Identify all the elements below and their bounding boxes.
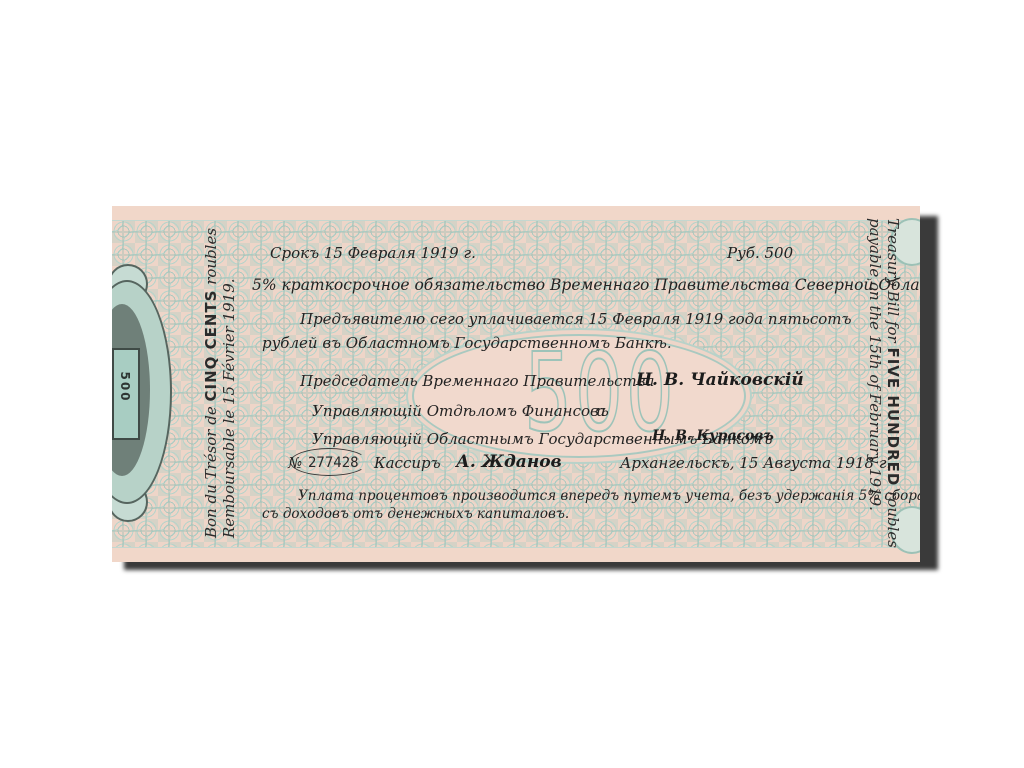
finance-label: Управляющій Отдѣломъ Финансовъ [312, 402, 609, 420]
bill-title: 5% краткосрочное обязательство Временнаг… [252, 276, 920, 294]
french-title-prefix: Bon du Trésor de [202, 402, 220, 538]
finance-and: и [596, 402, 606, 420]
bank-signature: Н. В. Курасовъ [652, 428, 774, 444]
french-amount: CINQ CENTS [202, 290, 220, 402]
left-stub: 500 [112, 220, 174, 548]
bottom-margin [112, 547, 920, 562]
amount-label: Руб. 500 [727, 244, 793, 262]
serial-prefix: № [288, 454, 302, 472]
french-title-suffix: roubles [202, 228, 220, 290]
denomination-plate-value: 500 [118, 344, 132, 430]
chairman-label: Председатель Временнаго Правительства [300, 372, 654, 390]
payable-line-2: рублей въ Областномъ Государственномъ Ба… [262, 334, 672, 352]
top-margin [112, 206, 920, 221]
due-date: Срокъ 15 Февраля 1919 г. [270, 244, 476, 262]
footer-line-2: съ доходовъ отъ денежныхъ капиталовъ. [262, 506, 569, 522]
place-date: Архангельскъ, 15 Августа 1918 г. [620, 454, 891, 472]
treasury-bill: 500 500 Bon du Trésor de CINQ CENTS roub… [112, 206, 920, 562]
cashier-label: Кассиръ [374, 454, 441, 472]
payable-line-1: Предъявителю сего уплачивается 15 Феврал… [300, 310, 852, 328]
footer-line-1: Уплата процентовъ производится впередъ п… [298, 488, 920, 504]
french-redemption: Remboursable le 15 Février 1919. [220, 278, 238, 538]
serial-number: 277428 [308, 455, 359, 471]
chairman-signature: Н. В. Чайковскій [636, 370, 804, 390]
french-title: Bon du Trésor de CINQ CENTS roubles [202, 228, 220, 538]
cashier-signature: А. Жданов [456, 452, 562, 472]
